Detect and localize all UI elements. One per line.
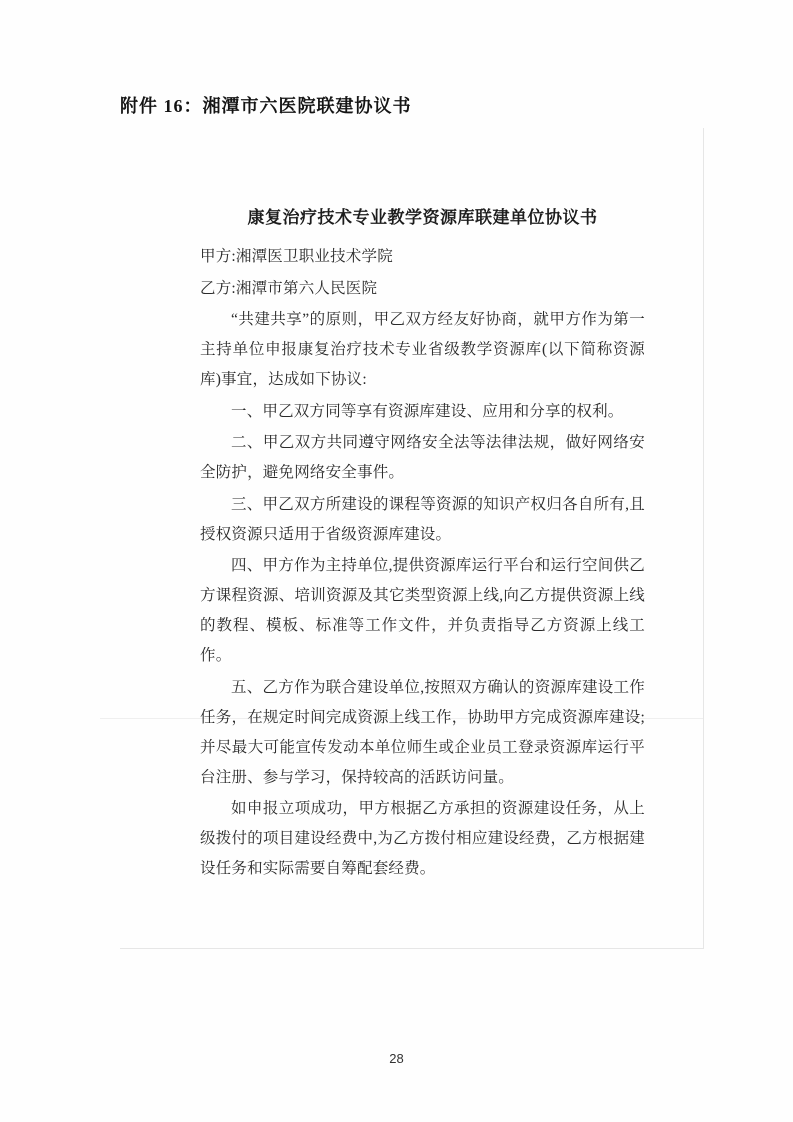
clause-4: 四、甲方作为主持单位,提供资源库运行平台和运行空间供乙方课程资源、培训资源及其它… <box>200 551 645 671</box>
party-a-line: 甲方:湘潭医卫职业技术学院 <box>200 242 645 272</box>
attachment-header: 附件 16：湘潭市六医院联建协议书 <box>120 92 412 118</box>
clause-1: 一、甲乙双方同等享有资源库建设、应用和分享的权利。 <box>200 397 645 427</box>
clause-5: 五、乙方作为联合建设单位,按照双方确认的资源库建设工作任务，在规定时间完成资源上… <box>200 673 645 793</box>
clause-2: 二、甲乙双方共同遵守网络安全法等法律法规，做好网络安全防护，避免网络安全事件。 <box>200 428 645 488</box>
document-title: 康复治疗技术专业教学资源库联建单位协议书 <box>200 203 645 228</box>
document-body: 甲方:湘潭医卫职业技术学院 乙方:湘潭市第六人民医院 “共建共享”的原则，甲乙双… <box>200 242 645 886</box>
clause-3: 三、甲乙双方所建设的课程等资源的知识产权归各自所有,且授权资源只适用于省级资源库… <box>200 490 645 550</box>
scan-edge-right-line <box>703 128 704 948</box>
scan-edge-bottom-line <box>120 948 704 949</box>
preamble-paragraph: “共建共享”的原则，甲乙双方经友好协商，就甲方作为第一主持单位申报康复治疗技术专… <box>200 305 645 395</box>
party-b-line: 乙方:湘潭市第六人民医院 <box>200 274 645 304</box>
scanned-document-page: 附件 16：湘潭市六医院联建协议书 康复治疗技术专业教学资源库联建单位协议书 甲… <box>0 0 793 1122</box>
page-number: 28 <box>0 1051 793 1066</box>
funding-paragraph: 如申报立项成功，甲方根据乙方承担的资源建设任务，从上级拨付的项目建设经费中,为乙… <box>200 794 645 884</box>
